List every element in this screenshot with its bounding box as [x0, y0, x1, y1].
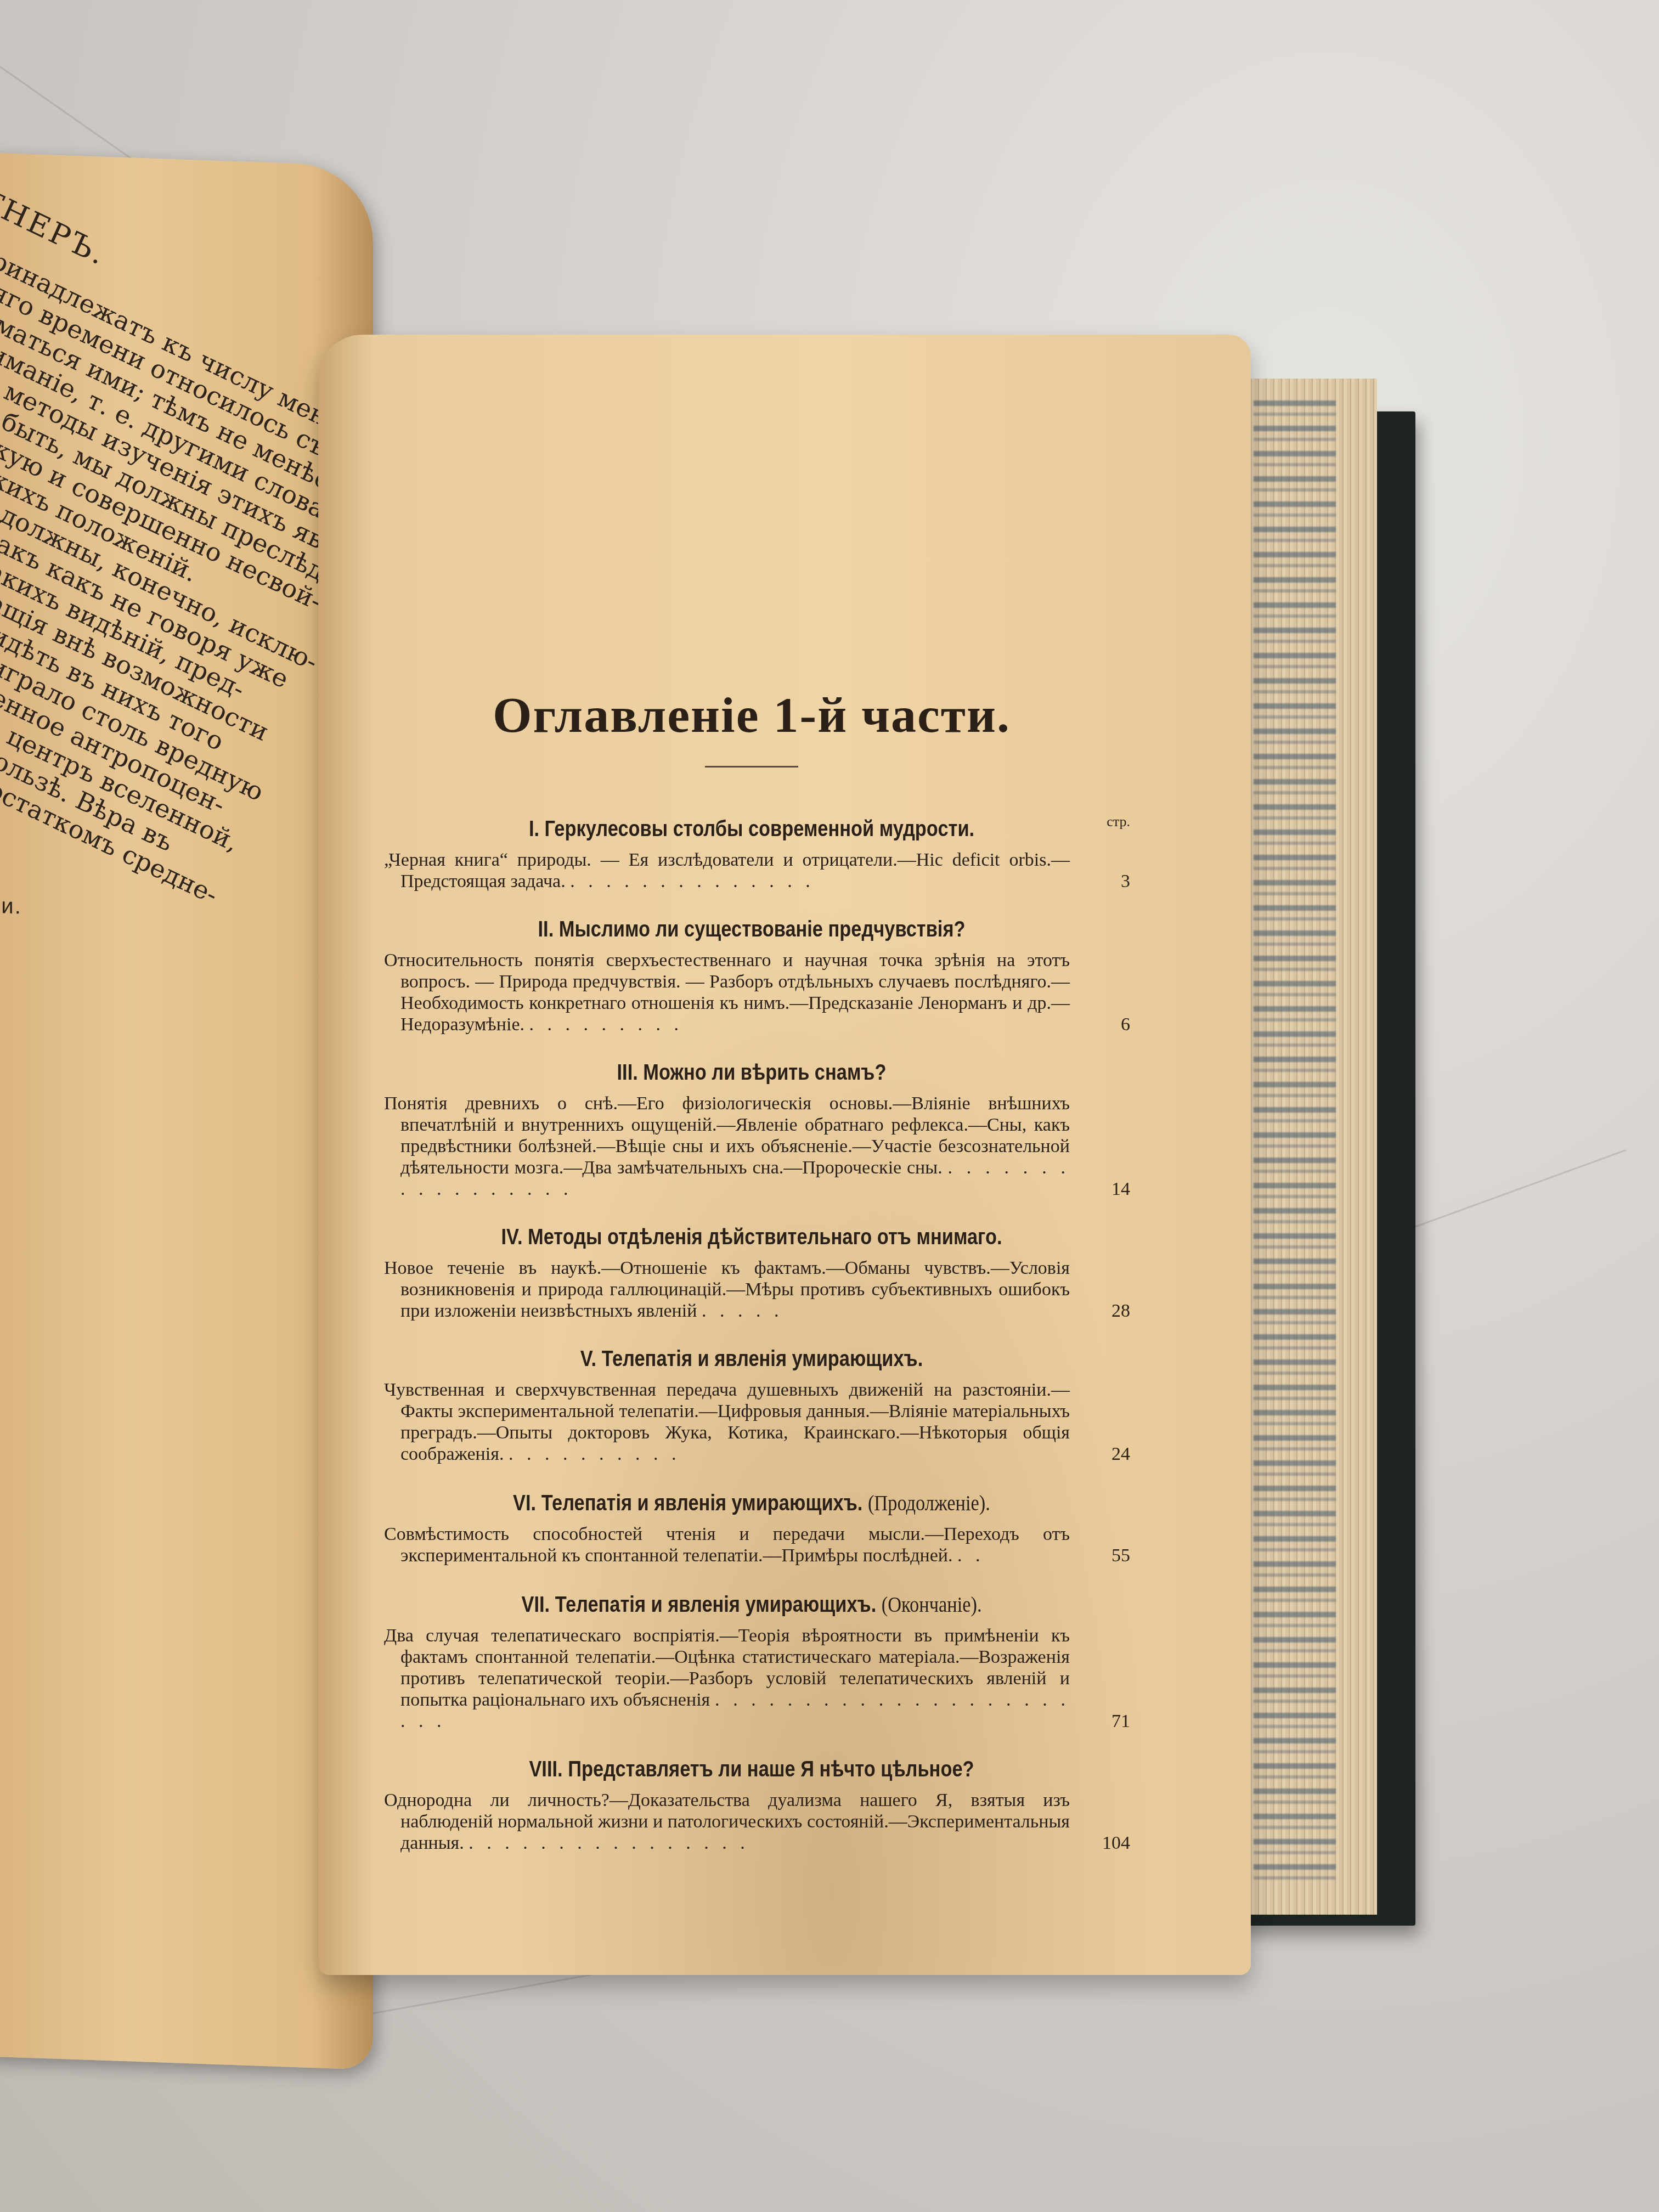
chapter-summary: Понятія древнихъ о снѣ.—Его физіологичес…: [384, 1093, 1136, 1200]
chapter-heading: VII. Телепатія и явленія умирающихъ. (Ок…: [421, 1592, 1082, 1617]
chapter-summary: Совмѣстимость способностей чтенія и пере…: [384, 1523, 1136, 1566]
chapter-heading: II. Мыслимо ли существованіе предчувстві…: [421, 917, 1082, 942]
chapter-heading: I. Геркулесовы столбы современной мудрос…: [421, 817, 1082, 842]
toc-entry: стр. I. Геркулесовы столбы современной м…: [368, 817, 1136, 892]
toc-entry: II. Мыслимо ли существованіе предчувстві…: [368, 917, 1136, 1035]
page-number: 28: [1111, 1301, 1130, 1322]
right-page: Оглавленіе 1-й части. стр. I. Геркулесов…: [318, 335, 1251, 1975]
chapter-heading: V. Телепатія и явленія умирающихъ.: [421, 1347, 1082, 1372]
chapter-heading: IV. Методы отдѣленія дѣйствительнаго отъ…: [421, 1225, 1082, 1250]
left-page: ТНЕРЪ. , принадлежатъ къ числу менѣе все…: [0, 152, 373, 2070]
left-page-footer-fragment: сти.: [0, 893, 22, 919]
page-title: Оглавленіе 1-й части.: [368, 686, 1136, 744]
page-number: 3: [1121, 871, 1130, 892]
page-number: 14: [1111, 1179, 1130, 1200]
page-edges: [1232, 379, 1377, 1915]
toc-entry: IV. Методы отдѣленія дѣйствительнаго отъ…: [368, 1225, 1136, 1322]
toc-entry: III. Можно ли вѣрить снамъ? Понятія древ…: [368, 1060, 1136, 1200]
page-number: 6: [1121, 1014, 1130, 1035]
toc-entry: V. Телепатія и явленія умирающихъ. Чувст…: [368, 1347, 1136, 1465]
toc-entry: VIII. Представляетъ ли наше Я нѣчто цѣль…: [368, 1757, 1136, 1854]
title-divider: [705, 766, 798, 768]
chapter-heading: III. Можно ли вѣрить снамъ?: [421, 1060, 1082, 1085]
toc-entry: VII. Телепатія и явленія умирающихъ. (Ок…: [368, 1592, 1136, 1732]
chapter-summary: Два случая телепатическаго воспріятія.—Т…: [384, 1625, 1136, 1732]
page-number: 71: [1111, 1711, 1130, 1732]
chapter-heading: VI. Телепатія и явленія умирающихъ. (Про…: [421, 1490, 1082, 1516]
chapter-summary: Однородна ли личность?—Доказательства ду…: [384, 1790, 1136, 1854]
left-page-text: ТНЕРЪ. , принадлежатъ къ числу менѣе все…: [0, 185, 310, 847]
open-book: ТНЕРЪ. , принадлежатъ къ числу менѣе все…: [0, 0, 1659, 2212]
chapter-summary: Чувственная и сверхчувственная передача …: [384, 1379, 1136, 1465]
marbled-edge: [1254, 400, 1336, 1882]
toc-entry: VI. Телепатія и явленія умирающихъ. (Про…: [368, 1490, 1136, 1566]
chapter-summary: Новое теченіе въ наукѣ.—Отношеніе къ фак…: [384, 1257, 1136, 1322]
page-number: 104: [1102, 1833, 1130, 1854]
chapter-summary: „Черная книга“ природы. — Ея изслѣдовате…: [384, 849, 1136, 892]
chapter-summary: Относительность понятія сверхъестественн…: [384, 950, 1136, 1035]
page-number: 24: [1111, 1444, 1130, 1465]
page-column-label: стр.: [1107, 814, 1130, 830]
chapter-heading: VIII. Представляетъ ли наше Я нѣчто цѣль…: [421, 1757, 1082, 1782]
page-number: 55: [1111, 1545, 1130, 1566]
table-of-contents: Оглавленіе 1-й части. стр. I. Геркулесов…: [368, 686, 1136, 1879]
